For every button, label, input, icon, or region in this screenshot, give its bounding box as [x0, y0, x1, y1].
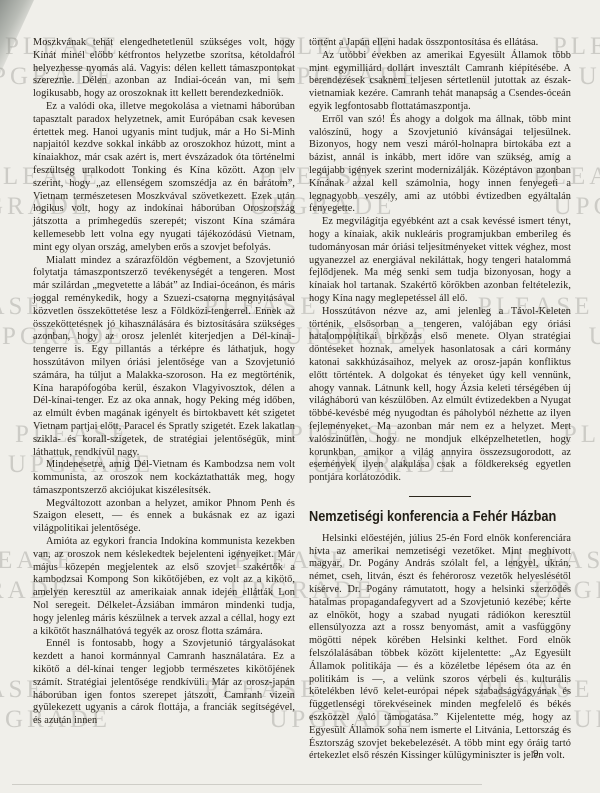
text-columns: Moszkvának tehát elengedhetetlenül szüks… — [33, 37, 571, 763]
page-number: 9 — [533, 748, 539, 760]
paragraph: Erről van szó! És ahogy a dolgok ma álln… — [309, 114, 571, 216]
section-divider — [409, 496, 471, 497]
section-heading: Nemzetiségi konferencia a Fehér Házban — [309, 508, 532, 525]
scan-bottom-edge — [12, 784, 482, 785]
paragraph: Ez a valódi oka, illetve megokolása a vi… — [33, 101, 295, 255]
paragraph: történt a Japán elleni hadak összpontosí… — [309, 37, 571, 50]
right-column-section: Helsinki előestéjén, július 25-én Ford e… — [309, 533, 571, 763]
paragraph: Ennél is fontosabb, hogy a Szovjetunió t… — [33, 638, 295, 728]
paragraph: Helsinki előestéjén, július 25-én Ford e… — [309, 533, 571, 763]
paragraph: Mialatt mindez a szárazföldön végbement,… — [33, 255, 295, 460]
paragraph: Mindenesetre, amíg Dél-Vietnam és Kambod… — [33, 459, 295, 497]
paragraph: Ez megvilágítja egyébként azt a csak kev… — [309, 216, 571, 306]
magazine-page: PLEASE PLEASE PLEASE PLEASEUPGRADE UPGRA… — [0, 0, 600, 793]
left-column: Moszkvának tehát elengedhetetlenül szüks… — [33, 37, 295, 763]
right-column: történt a Japán elleni hadak összpontosí… — [309, 37, 571, 763]
right-column-top: történt a Japán elleni hadak összpontosí… — [309, 37, 571, 485]
paragraph: Megváltozott azonban a helyzet, amikor P… — [33, 498, 295, 536]
paragraph: Az utóbbi években az amerikai Egyesült Á… — [309, 50, 571, 114]
paragraph: Moszkvának tehát elengedhetetlenül szüks… — [33, 37, 295, 101]
paragraph: Hosszútávon nézve az, ami jelenleg a Táv… — [309, 306, 571, 485]
paragraph: Amióta az egykori francia Indokína kommu… — [33, 536, 295, 638]
scan-corner-artifact — [0, 0, 34, 74]
